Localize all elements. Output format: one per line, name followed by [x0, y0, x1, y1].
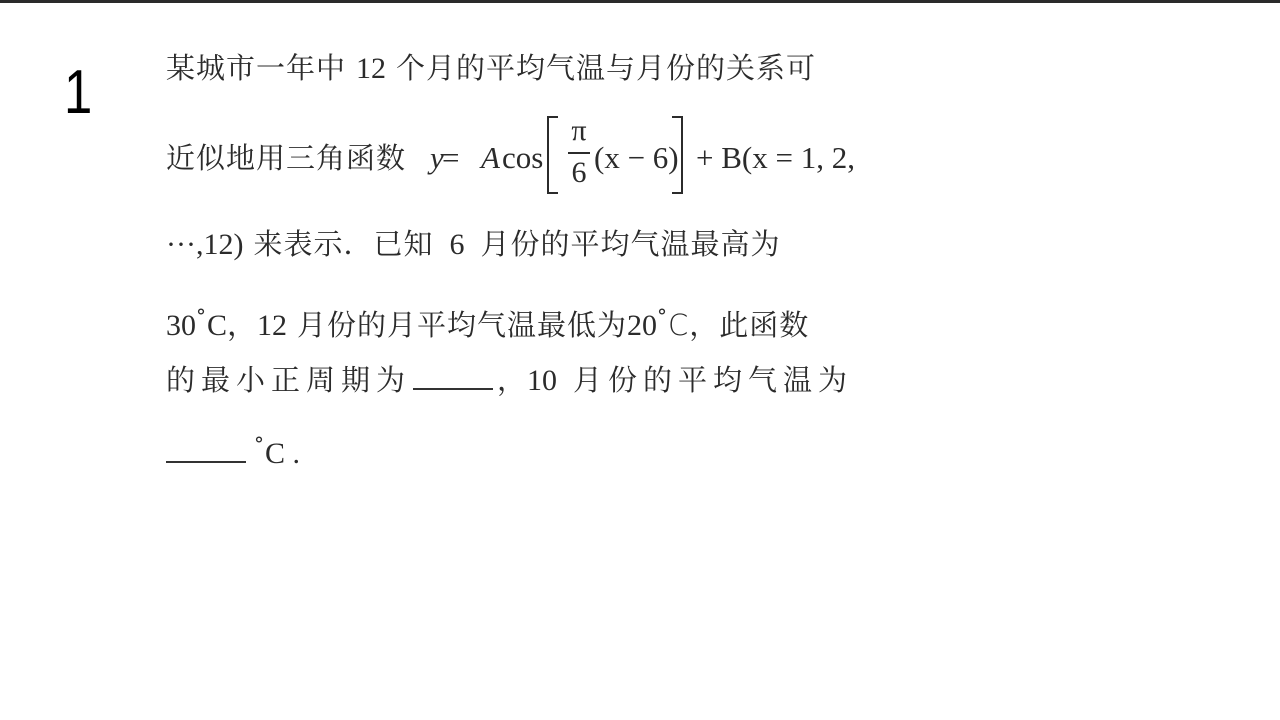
right-bracket: [672, 116, 683, 194]
formula-cos: cos: [502, 140, 543, 176]
comma: ，: [497, 363, 527, 397]
number-10: 10: [527, 364, 557, 397]
formula-paren: (x − 6): [594, 140, 679, 176]
fraction-denominator: 6: [566, 156, 592, 190]
number-20: 20: [627, 309, 657, 342]
top-border: [0, 0, 1280, 3]
question-line-1: 某城市一年中12个月的平均气温与月份的关系可: [166, 50, 816, 87]
text-segment: C，此函数: [668, 308, 809, 342]
answer-blank-period[interactable]: [413, 360, 493, 390]
number-12: 12: [356, 52, 386, 85]
formula-A: A: [481, 140, 500, 176]
celsius-text: C，: [207, 309, 257, 342]
text-segment: 月份的平均气温为: [573, 363, 853, 397]
degree-sign: °: [196, 304, 206, 328]
text-segment: 的最小正周期为: [166, 363, 411, 397]
formula-equals: =: [442, 140, 459, 176]
question-line-3: ···,12)来表示．已知6月份的平均气温最高为: [166, 226, 781, 263]
ellipsis-12: ···,12): [166, 228, 243, 261]
fraction-pi-over-6: π 6: [566, 112, 592, 196]
left-bracket: [547, 116, 558, 194]
question-line-5: 的最小正周期为，10月份的平均气温为: [166, 360, 853, 399]
formula-plus-B: + B(x = 1, 2,: [696, 140, 855, 176]
number-30: 30: [166, 309, 196, 342]
text-segment: 某城市一年中: [166, 51, 346, 85]
number-6: 6: [449, 228, 464, 261]
number-12: 12: [257, 309, 287, 342]
degree-sign: °: [254, 432, 264, 456]
answer-blank-october-temp[interactable]: [166, 433, 246, 463]
degree-sign: °: [657, 304, 667, 328]
text-segment: 个月的平均气温与月份的关系可: [396, 51, 816, 85]
fraction-bar: [568, 152, 590, 154]
text-segment: 来表示．已知: [253, 227, 433, 261]
question-number: 1: [64, 60, 92, 126]
text-segment: 月份的平均气温最高为: [480, 227, 780, 261]
question-line-2-formula: 近似地用三角函数 y = A cos π 6 (x − 6) + B(x = 1…: [166, 112, 886, 196]
document-page: 1 某城市一年中12个月的平均气温与月份的关系可 近似地用三角函数 y = A …: [0, 0, 1280, 720]
text-segment: 月份的月平均气温最低为: [297, 308, 627, 342]
celsius-text: C .: [265, 437, 300, 470]
question-line-4: 30°C，12月份的月平均气温最低为20°C，此函数: [166, 298, 809, 344]
fraction-numerator: π: [566, 114, 592, 148]
question-line-6: °C .: [166, 426, 300, 472]
text-segment: 近似地用三角函数: [166, 140, 406, 176]
